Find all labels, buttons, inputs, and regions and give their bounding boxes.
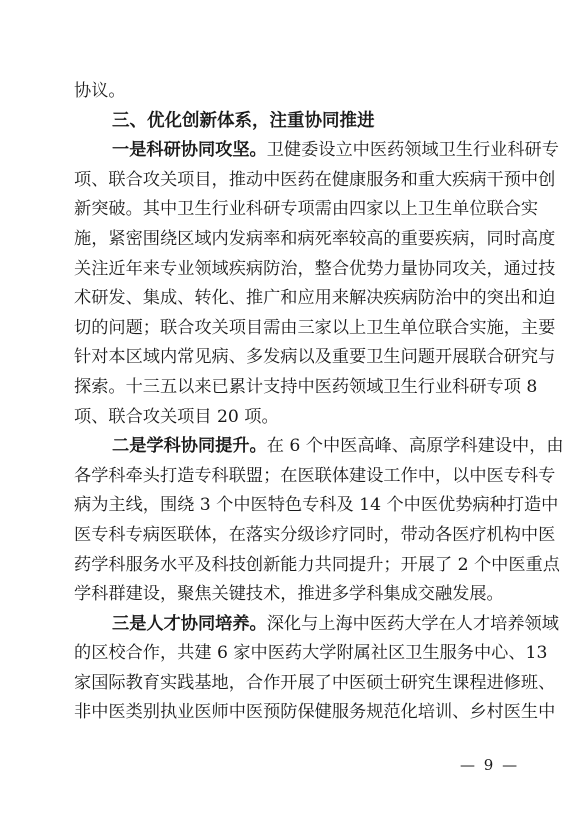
paragraph-2-line: 学科群建设，聚焦关键技术，推进多学科集成交融发展。	[74, 580, 515, 610]
paragraph-1-line: 关注近年来专业领域疾病防治，整合优势力量协同攻关，通过技	[74, 255, 515, 285]
paragraph-1-line: 项、联合攻关项目，推动中医药在健康服务和重大疾病干预中创	[74, 166, 515, 196]
paragraph-1-line: 切的问题；联合攻关项目需由三家以上卫生单位联合实施，主要	[74, 314, 515, 344]
paragraph-2-line: 药学科服务水平及科技创新能力共同提升；开展了 2 个中医重点	[74, 551, 515, 581]
paragraph-text: 卫健委设立中医药领域卫生行业科研专	[267, 140, 559, 160]
paragraph-1-line: 针对本区域内常见病、多发病以及重要卫生问题开展联合研究与	[74, 343, 515, 373]
paragraph-1-line-1: 一是科研协同攻坚。卫健委设立中医药领域卫生行业科研专	[74, 136, 515, 166]
document-page: 协议。 三、优化创新体系，注重协同推进 一是科研协同攻坚。卫健委设立中医药领域卫…	[74, 77, 515, 728]
paragraph-2-line: 医专科专病医联体，在落实分级诊疗同时，带动各医疗机构中医	[74, 521, 515, 551]
paragraph-2-line: 各学科牵头打造专科联盟；在医联体建设工作中，以中医专科专	[74, 462, 515, 492]
page-number: — 9 —	[460, 756, 519, 774]
paragraph-3-lead: 三是人才协同培养。	[112, 614, 267, 634]
paragraph-1-lead: 一是科研协同攻坚。	[112, 140, 267, 160]
paragraph-3-line-1: 三是人才协同培养。深化与上海中医药大学在人才培养领域	[74, 610, 515, 640]
paragraph-3-line: 家国际教育实践基地，合作开展了中医硕士研究生课程进修班、	[74, 669, 515, 699]
paragraph-2-line-1: 二是学科协同提升。在 6 个中医高峰、高原学科建设中，由	[74, 432, 515, 462]
paragraph-1-line: 新突破。其中卫生行业科研专项需由四家以上卫生单位联合实	[74, 195, 515, 225]
paragraph-1-line: 施，紧密围绕区域内发病率和病死率较高的重要疾病，同时高度	[74, 225, 515, 255]
section-heading: 三、优化创新体系，注重协同推进	[74, 107, 515, 137]
paragraph-2-line: 病为主线，围绕 3 个中医特色专科及 14 个中医优势病种打造中	[74, 491, 515, 521]
paragraph-2-lead: 二是学科协同提升。	[112, 436, 267, 456]
paragraph-3-line: 的区校合作，共建 6 家中医药大学附属社区卫生服务中心、13	[74, 639, 515, 669]
paragraph-1-line: 术研发、集成、转化、推广和应用来解决疾病防治中的突出和迫	[74, 284, 515, 314]
carryover-text: 协议。	[74, 77, 515, 107]
paragraph-1-line: 探索。十三五以来已累计支持中医药领域卫生行业科研专项 8	[74, 373, 515, 403]
paragraph-1-line: 项、联合攻关项目 20 项。	[74, 403, 515, 433]
paragraph-text: 在 6 个中医高峰、高原学科建设中，由	[267, 436, 564, 456]
paragraph-3-line: 非中医类别执业医师中医预防保健服务规范化培训、乡村医生中	[74, 698, 515, 728]
paragraph-text: 深化与上海中医药大学在人才培养领域	[267, 614, 559, 634]
